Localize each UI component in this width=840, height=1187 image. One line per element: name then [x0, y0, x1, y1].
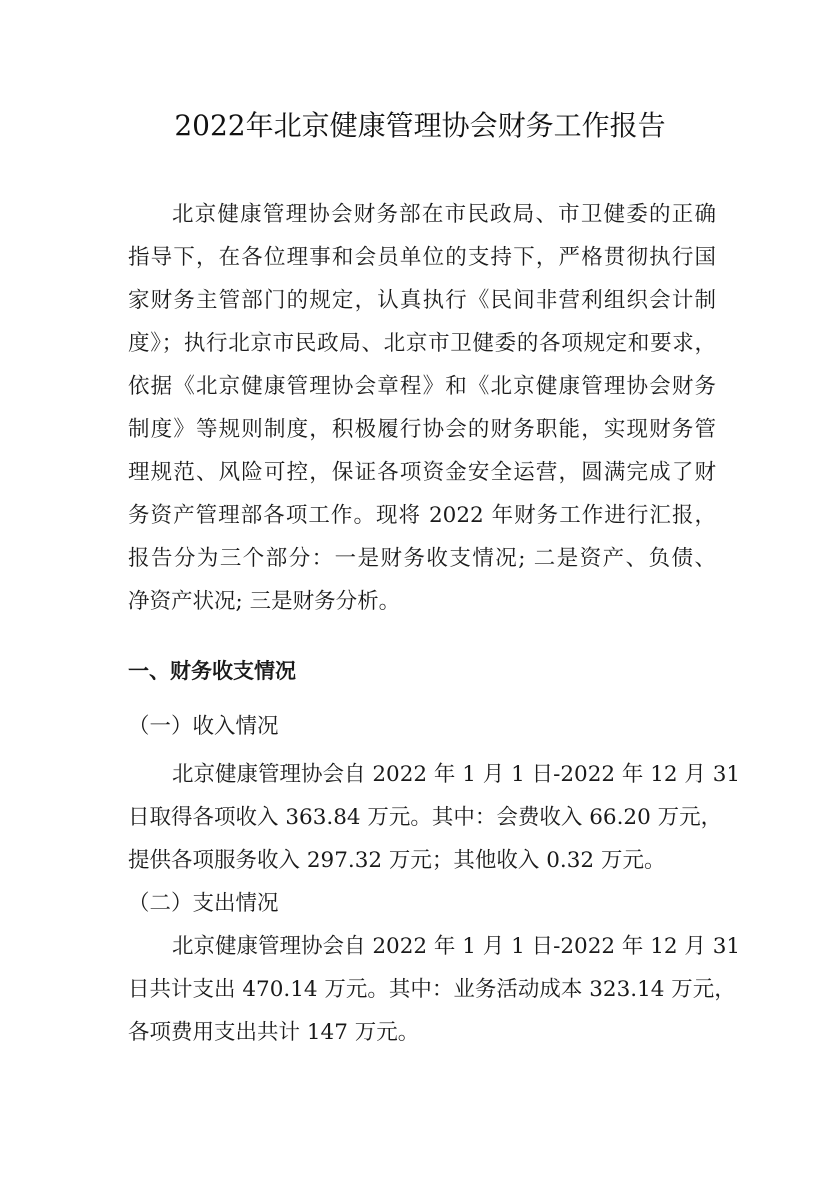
section-heading-financial-income-expenditure: 一、财务收支情况 — [128, 656, 296, 686]
subsection-heading-expenditure: （二）支出情况 — [128, 889, 279, 919]
paragraph-line: 报告分为三个部分：一是财务收支情况; 二是资产、负债、 — [128, 544, 716, 574]
document-page: 2022年北京健康管理协会财务工作报告 北京健康管理协会财务部在市民政局、市卫健… — [0, 0, 840, 1187]
paragraph-line: 日取得各项收入 363.84 万元。其中：会费收入 66.20 万元， — [128, 803, 716, 833]
paragraph-line: 务资产管理部各项工作。现将 2022 年财务工作进行汇报， — [128, 501, 716, 531]
paragraph-line: 指导下，在各位理事和会员单位的支持下，严格贯彻执行国 — [128, 243, 716, 273]
paragraph-line: 各项费用支出共计 147 万元。 — [128, 1018, 716, 1048]
paragraph-line: 制度》等规则制度，积极履行协会的财务职能，实现财务管 — [128, 415, 716, 445]
paragraph-line: 理规范、风险可控，保证各项资金安全运营，圆满完成了财 — [128, 458, 716, 488]
paragraph-line: 家财务主管部门的规定，认真执行《民间非营利组织会计制 — [128, 286, 716, 316]
paragraph-line: 北京健康管理协会自 2022 年 1 月 1 日-2022 年 12 月 31 — [172, 760, 716, 790]
paragraph-line: 北京健康管理协会财务部在市民政局、市卫健委的正确 — [172, 200, 716, 230]
paragraph-line: 北京健康管理协会自 2022 年 1 月 1 日-2022 年 12 月 31 — [172, 932, 716, 962]
document-title: 2022年北京健康管理协会财务工作报告 — [0, 104, 840, 148]
paragraph-line: 日共计支出 470.14 万元。其中：业务活动成本 323.14 万元， — [128, 975, 716, 1005]
paragraph-line: 净资产状况; 三是财务分析。 — [128, 587, 716, 617]
paragraph-line: 提供各项服务收入 297.32 万元；其他收入 0.32 万元。 — [128, 846, 716, 876]
paragraph-line: 依据《北京健康管理协会章程》和《北京健康管理协会财务 — [128, 372, 716, 402]
subsection-heading-income: （一）收入情况 — [128, 712, 279, 742]
paragraph-line: 度》；执行北京市民政局、北京市卫健委的各项规定和要求， — [128, 329, 716, 359]
